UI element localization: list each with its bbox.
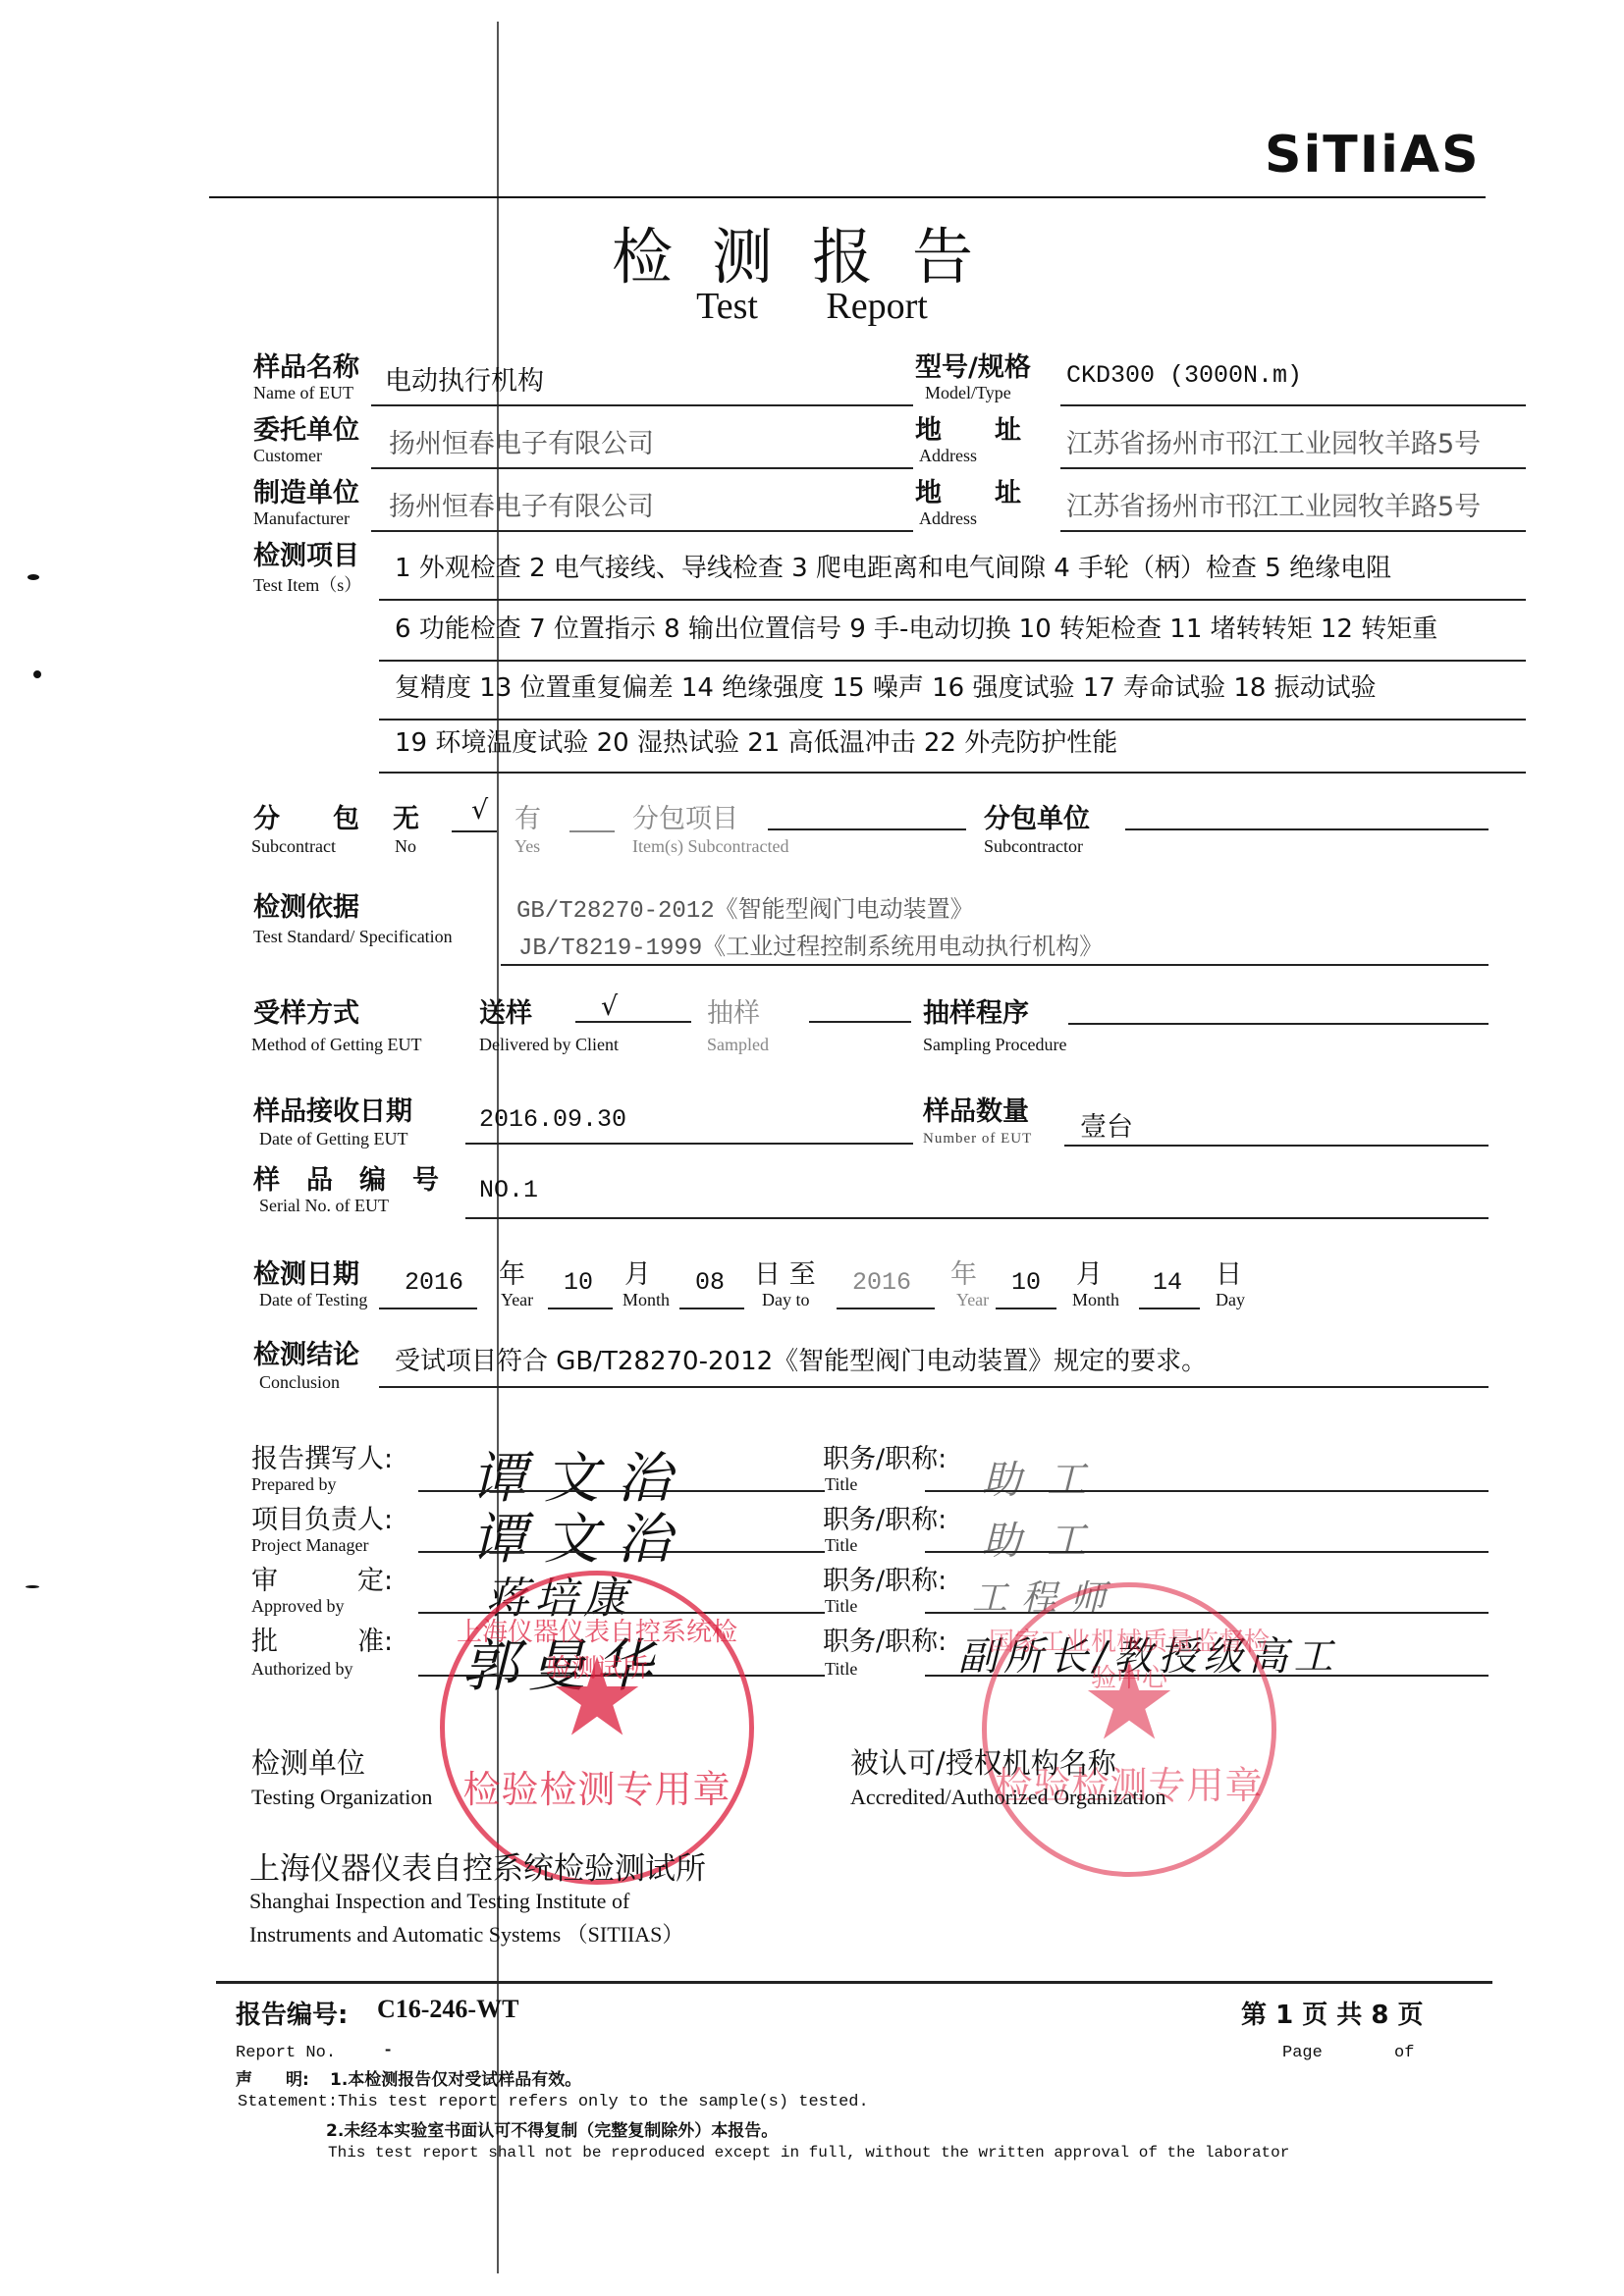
test-items-line-3: 复精度 13 位置重复偏差 14 绝缘强度 15 噪声 16 强度试验 17 寿…: [395, 667, 1377, 704]
statement-label-en: Statement:: [238, 2093, 338, 2111]
test-date-label-cn: 检测日期: [253, 1253, 359, 1291]
test-from-day-underline: [679, 1308, 744, 1309]
subcontract-no-checkbox[interactable]: √: [471, 795, 488, 826]
customer-address-label-en: Address: [919, 446, 977, 466]
serial-label-en: Serial No. of EUT: [259, 1196, 389, 1216]
delivered-label-cn: 送样: [479, 991, 532, 1030]
manufacturer-address-label-cn: 地 址: [915, 471, 1021, 509]
test-from-month-underline: [548, 1308, 613, 1309]
customer-address-label-cn: 地 址: [915, 408, 1021, 447]
statement-2-cn: 2.未经本实验室书面认可不得复制（完整复制除外）本报告。: [326, 2116, 778, 2141]
current-page: 1: [1275, 2001, 1293, 2030]
page-title-cn: 检测报告: [0, 208, 1624, 295]
customer-address-value: 江苏省扬州市邗江工业园牧羊路5号: [1066, 422, 1481, 460]
org-name-cn: 上海仪器仪表自控系统检验测试所: [249, 1843, 706, 1888]
month-cn-2: 月: [1076, 1253, 1103, 1291]
serial-label-cn: 样 品 编 号: [253, 1158, 439, 1197]
standard-line-1: GB/T28270-2012《智能型阀门电动装置》: [516, 889, 974, 925]
subcontract-items-field[interactable]: [768, 828, 966, 830]
test-to-day: 14: [1153, 1268, 1182, 1297]
page-title-en: Test Report: [0, 285, 1624, 328]
manufacturer-address-value: 江苏省扬州市邗江工业园牧羊路5号: [1066, 485, 1481, 523]
project-manager-underline: [418, 1551, 825, 1553]
of-label-en: of: [1394, 2044, 1414, 2062]
day-to-cn: 日 至: [754, 1253, 816, 1291]
project-manager-label-cn: 项目负责人:: [251, 1498, 393, 1536]
project-manager-title: 助工: [982, 1510, 1111, 1566]
month-en-2: Month: [1072, 1290, 1119, 1310]
subcontract-label-cn: 分 包: [253, 797, 359, 835]
manufacturer-label-en: Manufacturer: [253, 508, 350, 529]
subcontract-no-underline: [452, 830, 497, 832]
manufacturer-address-label-en: Address: [919, 508, 977, 529]
report-no-label-cn: 报告编号:: [236, 1995, 348, 2031]
day-to-en: Day to: [762, 1290, 810, 1310]
quantity-underline: [1064, 1145, 1489, 1147]
subcontractor-field[interactable]: [1125, 828, 1489, 830]
authorized-by-title-label-cn: 职务/职称:: [823, 1620, 947, 1658]
subcontractor-label-en: Subcontractor: [984, 836, 1083, 857]
month-cn: 月: [624, 1253, 651, 1291]
authorized-by-title-label-en: Title: [825, 1659, 857, 1680]
model-label-en: Model/Type: [925, 383, 1011, 403]
manufacturer-value: 扬州恒春电子有限公司: [389, 485, 654, 523]
serial-underline: [465, 1217, 1489, 1219]
approved-by-label-en: Approved by: [251, 1596, 344, 1617]
sampling-procedure-label-en: Sampling Procedure: [923, 1035, 1066, 1055]
project-manager-title-label-en: Title: [825, 1535, 857, 1556]
test-to-year: 2016: [852, 1268, 911, 1297]
punch-mark: [27, 574, 39, 580]
method-label-cn: 受样方式: [253, 991, 359, 1030]
approved-by-underline: [418, 1612, 825, 1614]
test-items-line-2: 6 功能检查 7 位置指示 8 输出位置信号 9 手-电动切换 10 转矩检查 …: [395, 609, 1437, 645]
punch-mark: [33, 670, 41, 678]
prepared-by-title-label-en: Title: [825, 1474, 857, 1495]
day-cn: 日: [1216, 1253, 1242, 1291]
name-label-en: Name of EUT: [253, 383, 353, 403]
testing-org-label-cn: 检测单位: [251, 1741, 365, 1782]
customer-label-en: Customer: [253, 446, 322, 466]
delivered-underline: [575, 1021, 691, 1023]
project-manager-title-underline: [925, 1551, 1489, 1553]
receive-date-label-en: Date of Getting EUT: [259, 1129, 407, 1149]
sampled-label-cn: 抽样: [707, 991, 760, 1030]
receive-date-underline: [465, 1143, 913, 1145]
manufacturer-label-cn: 制造单位: [253, 471, 359, 509]
year-cn: 年: [499, 1253, 525, 1291]
test-from-year: 2016: [405, 1268, 463, 1297]
test-from-day: 08: [695, 1268, 725, 1297]
page-label-en: Page: [1282, 2044, 1323, 2062]
test-date-label-en: Date of Testing: [259, 1290, 367, 1310]
statement-label-cn: 声 明:: [236, 2065, 309, 2090]
subcontract-no-en: No: [395, 836, 416, 857]
report-no-label-en: Report No.: [236, 2044, 336, 2062]
sampled-checkbox[interactable]: [809, 1021, 911, 1023]
subcontract-yes-checkbox[interactable]: [569, 830, 615, 832]
approved-by-title-underline: [925, 1612, 1489, 1614]
authorized-by-title: 副所长/教授级高工: [958, 1626, 1338, 1682]
name-underline: [371, 404, 913, 406]
accredited-org-label-cn: 被认可/授权机构名称: [850, 1741, 1116, 1782]
subcontract-yes-en: Yes: [514, 836, 540, 857]
test-to-month: 10: [1011, 1268, 1041, 1297]
prepared-by-title: 助工: [982, 1449, 1111, 1505]
quantity-label-cn: 样品数量: [923, 1090, 1029, 1128]
page-indicator: 第 1 页 共 8 页: [1241, 1995, 1424, 2031]
approved-by-title-label-en: Title: [825, 1596, 857, 1617]
test-to-month-underline: [996, 1308, 1056, 1309]
method-label-en: Method of Getting EUT: [251, 1035, 421, 1055]
authorized-by-label-cn: 批 准:: [251, 1620, 393, 1658]
project-manager-title-label-cn: 职务/职称:: [823, 1498, 947, 1536]
total-pages: 8: [1371, 2001, 1388, 2030]
prepared-by-title-underline: [925, 1490, 1489, 1492]
standard-underline: [501, 964, 1489, 966]
delivered-label-en: Delivered by Client: [479, 1035, 619, 1055]
customer-label-cn: 委托单位: [253, 408, 359, 447]
statement-1-en: This test report refers only to the samp…: [338, 2093, 869, 2111]
conclusion-underline: [379, 1386, 1489, 1388]
page-middle: 页 共: [1302, 2001, 1362, 2030]
month-en: Month: [623, 1290, 670, 1310]
subcontract-label-en: Subcontract: [251, 836, 336, 857]
model-value: CKD300 (3000N.m): [1066, 361, 1302, 390]
test-items-line-4: 19 环境温度试验 20 湿热试验 21 高低温冲击 22 外壳防护性能: [395, 722, 1117, 759]
approved-by-signature: 蒋培康: [485, 1563, 632, 1626]
page-prefix: 第: [1241, 2001, 1267, 2030]
test-to-day-underline: [1139, 1308, 1200, 1309]
sampled-label-en: Sampled: [707, 1035, 769, 1055]
subcontract-items-en: Item(s) Subcontracted: [632, 836, 788, 857]
year-en-2: Year: [956, 1290, 989, 1310]
subcontract-yes-cn: 有: [514, 797, 541, 835]
name-value: 电动执行机构: [385, 359, 544, 398]
test-items-underline: [379, 772, 1526, 774]
footer-rule: [216, 1981, 1492, 1984]
quantity-value: 壹台: [1080, 1105, 1133, 1144]
report-number: C16-246-WT: [377, 1995, 518, 2024]
serial-value: NO.1: [479, 1176, 538, 1204]
customer-address-underline: [1060, 467, 1526, 469]
approved-by-title-label-cn: 职务/职称:: [823, 1559, 947, 1597]
prepared-by-label-cn: 报告撰写人:: [251, 1437, 393, 1475]
statement-2-en: This test report shall not be reproduced…: [328, 2144, 1289, 2162]
prepared-by-title-label-cn: 职务/职称:: [823, 1437, 947, 1475]
test-items-underline: [379, 719, 1526, 721]
accredited-org-label-en: Accredited/Authorized Organization: [850, 1785, 1166, 1810]
test-items-label-en: Test Item（s）: [253, 571, 361, 597]
project-manager-label-en: Project Manager: [251, 1535, 368, 1556]
manufacturer-address-underline: [1060, 530, 1526, 532]
prepared-by-label-en: Prepared by: [251, 1474, 336, 1495]
left-stamp-seal-text: 检验检测专用章: [445, 1759, 749, 1813]
delivered-checkbox[interactable]: √: [601, 991, 618, 1022]
test-items-line-1: 1 外观检查 2 电气接线、导线检查 3 爬电距离和电气间隙 4 手轮（柄）检查…: [395, 548, 1391, 584]
org-name-en-1: Shanghai Inspection and Testing Institut…: [249, 1889, 629, 1914]
approved-by-label-cn: 审 定:: [251, 1559, 393, 1597]
prepared-by-underline: [418, 1490, 825, 1492]
test-items-label-cn: 检测项目: [253, 534, 359, 572]
receive-date-label-cn: 样品接收日期: [253, 1090, 412, 1128]
customer-underline: [371, 467, 913, 469]
model-label-cn: 型号/规格: [915, 346, 1031, 384]
year-cn-2: 年: [950, 1253, 977, 1291]
quantity-label-en: Number of EUT: [923, 1131, 1032, 1148]
page-suffix: 页: [1398, 2001, 1424, 2030]
name-label-cn: 样品名称: [253, 346, 359, 384]
authorized-by-signature: 郭曼华: [461, 1620, 662, 1702]
manufacturer-underline: [371, 530, 913, 532]
header-rule: [209, 196, 1486, 198]
sampling-procedure-label-cn: 抽样程序: [923, 991, 1029, 1030]
subcontract-no-cn: 无: [393, 797, 419, 835]
year-en: Year: [501, 1290, 533, 1310]
org-name-en-2: Instruments and Automatic Systems （SITII…: [249, 1918, 683, 1949]
subcontract-items-cn: 分包项目: [632, 797, 738, 835]
test-items-underline: [379, 660, 1526, 662]
subcontractor-label-cn: 分包单位: [984, 797, 1090, 835]
testing-org-label-en: Testing Organization: [251, 1785, 432, 1810]
standard-label-en: Test Standard/ Specification: [253, 927, 453, 947]
customer-value: 扬州恒春电子有限公司: [389, 422, 654, 460]
conclusion-label-en: Conclusion: [259, 1372, 340, 1393]
conclusion-value: 受试项目符合 GB/T28270-2012《智能型阀门电动装置》规定的要求。: [395, 1341, 1207, 1377]
authorized-by-underline: [418, 1675, 825, 1677]
authorized-by-title-underline: [925, 1675, 1489, 1677]
day-en: Day: [1216, 1290, 1245, 1310]
statement-1-cn: 1.本检测报告仅对受试样品有效。: [330, 2065, 581, 2090]
test-from-month: 10: [564, 1268, 593, 1297]
report-no-dash: -: [383, 2042, 393, 2060]
standard-label-cn: 检测依据: [253, 885, 359, 924]
punch-mark: [26, 1585, 39, 1588]
sitiias-logo: SiTIiAS: [1265, 126, 1481, 185]
test-from-year-underline: [379, 1308, 477, 1309]
test-items-underline: [379, 599, 1526, 601]
sampling-procedure-field[interactable]: [1068, 1023, 1489, 1025]
model-underline: [1060, 404, 1526, 406]
standard-line-2: JB/T8219-1999《工业过程控制系统用电动执行机构》: [518, 927, 1103, 962]
authorized-by-label-en: Authorized by: [251, 1659, 352, 1680]
conclusion-label-cn: 检测结论: [253, 1333, 359, 1371]
receive-date-value: 2016.09.30: [479, 1105, 626, 1134]
test-to-year-underline: [837, 1308, 935, 1309]
